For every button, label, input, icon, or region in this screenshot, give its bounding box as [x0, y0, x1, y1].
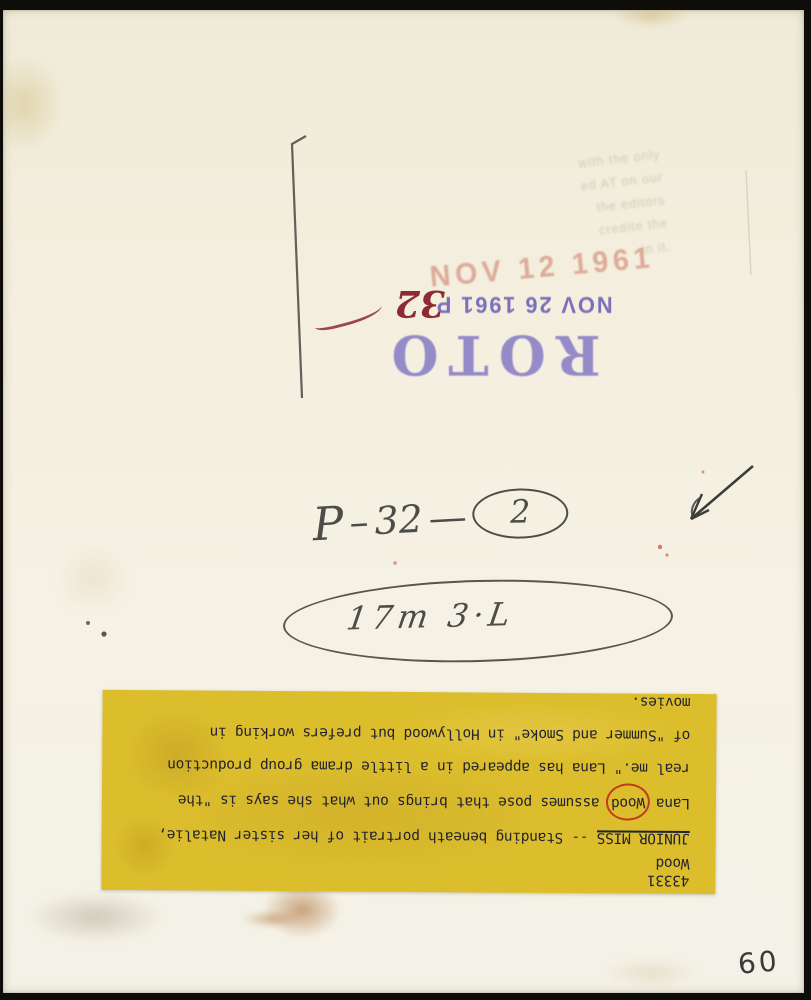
caption-slip: 43331 Wood JUNIOR MISS -- Standing benea… — [101, 690, 716, 894]
stain-top-left — [3, 55, 63, 153]
caption-line-3: real me." Lana has appeared in a little … — [128, 747, 690, 784]
stain-left-middle — [58, 545, 128, 611]
caption-line-4: of "Summer and Smoke" in Hollywood but p… — [128, 714, 690, 751]
rust-stain-tail — [241, 910, 301, 928]
pencil-filing-code: P–32—2 — [311, 479, 675, 578]
circled-print-number: 2 — [472, 488, 569, 540]
arrow-head — [691, 494, 709, 519]
caption-line-2-after: assumes pose that brings out what she sa… — [178, 791, 608, 810]
smudge-bottom-left — [28, 892, 163, 942]
corner-number-handwritten: 60 — [737, 944, 781, 981]
dark-speck — [86, 621, 90, 625]
red-circled-name: Wood — [605, 783, 650, 822]
caption-slip-text: 43331 Wood JUNIOR MISS -- Standing benea… — [101, 690, 716, 894]
arrow-shaft — [691, 466, 753, 519]
dark-speck — [101, 631, 106, 636]
caption-title: JUNIOR MISS — [597, 829, 690, 846]
caption-line-1-text: Standing beneath portrait of her sister … — [159, 826, 564, 845]
code-dash: – — [342, 499, 375, 545]
caption-line-5: movies. — [129, 681, 691, 718]
arrow-head-loop — [692, 498, 700, 517]
paper-crease-line — [746, 170, 751, 275]
stain-bottom-center — [603, 958, 698, 988]
pencil-ellipse-size-note: 17m 3·L — [282, 575, 674, 667]
size-note-text: 17m 3·L — [344, 595, 518, 638]
code-dash: — — [422, 494, 474, 541]
photo-paper-back: with the only ed AT on our the editors c… — [3, 10, 804, 993]
roto-section-stamp: ROTO — [363, 318, 619, 390]
stain-top-edge — [615, 10, 687, 28]
caption-line-2-before: Lana — [648, 795, 690, 811]
code-prefix: P — [311, 496, 345, 552]
caption-line-2: Lana Wood assumes pose that brings out w… — [128, 780, 690, 821]
red-speck — [702, 471, 705, 474]
vertical-pencil-line — [292, 136, 306, 398]
photo-back-scan: { "page": { "background_color": "#0e0d0a… — [0, 0, 811, 1000]
code-number: 32 — [373, 497, 424, 543]
caption-line-1: JUNIOR MISS -- Standing beneath portrait… — [128, 817, 690, 854]
caption-title-separator: -- — [563, 829, 597, 845]
